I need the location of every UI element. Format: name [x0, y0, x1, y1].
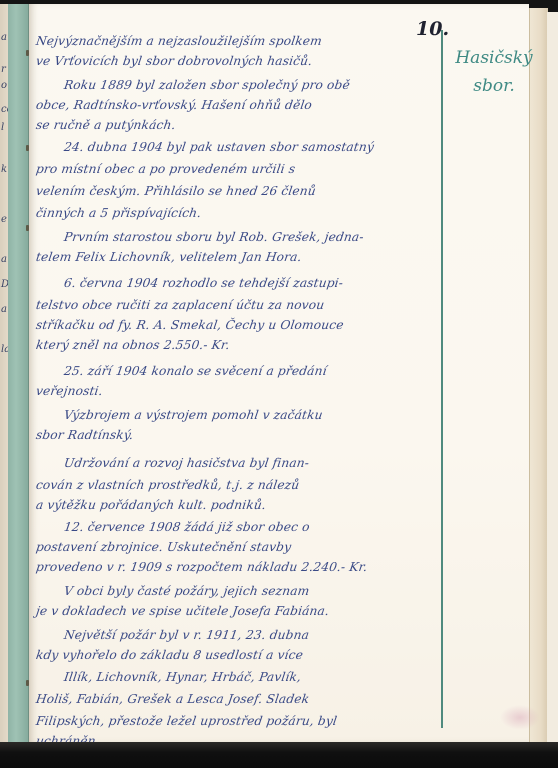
text-line: sbor Radtínský.: [35, 428, 134, 442]
text-line: Výzbrojem a výstrojem pomohl v začátku: [35, 408, 324, 422]
margin-heading-line: sbor.: [449, 72, 539, 100]
margin-rule: [441, 30, 443, 728]
text-line: velením českým. Přihlásilo se hned 26 čl…: [35, 184, 317, 198]
margin-heading: Hasičský sbor.: [449, 44, 539, 100]
prev-page-fragment: a: [1, 254, 7, 265]
prev-page-fragment: a: [1, 304, 7, 315]
prev-page-fragment: o: [1, 80, 7, 91]
prev-page-fragment: l: [1, 122, 4, 133]
text-line: Prvním starostou sboru byl Rob. Grešek, …: [35, 230, 365, 244]
text-line: veřejnosti.: [35, 384, 104, 398]
prev-page-fragment: e: [1, 214, 7, 225]
text-line: činných a 5 přispívajících.: [35, 206, 202, 220]
text-line: obce, Radtínsko-vrťovský. Hašení ohňů dě…: [35, 98, 313, 112]
text-line: provedeno v r. 1909 s rozpočtem nákladu …: [35, 560, 368, 574]
text-line: telem Felix Lichovník, velitelem Jan Hor…: [35, 250, 303, 264]
prev-page-fragment: k: [1, 164, 7, 175]
text-line: a výtěžku pořádaných kult. podniků.: [35, 498, 267, 512]
text-line: 24. dubna 1904 byl pak ustaven sbor samo…: [35, 140, 375, 154]
text-line: V obci byly časté požáry, jejich seznam: [35, 584, 310, 598]
text-line: pro místní obec a po provedeném určili s: [35, 162, 296, 176]
text-line: kdy vyhořelo do základu 8 usedlostí a ví…: [35, 648, 304, 662]
text-line: Illík, Lichovník, Hynar, Hrbáč, Pavlík,: [35, 670, 302, 684]
text-line: ve Vrťovicích byl sbor dobrovolných hasi…: [35, 54, 313, 68]
text-line: Největší požár byl v r. 1911, 23. dubna: [35, 628, 310, 642]
text-line: postavení zbrojnice. Uskutečnění stavby: [35, 540, 292, 554]
prev-page-fragment: a: [1, 32, 7, 43]
text-line: 6. června 1904 rozhodlo se tehdejší zast…: [35, 276, 344, 290]
text-line: cován z vlastních prostředků, t.j. z nál…: [35, 478, 300, 492]
text-line: Filipských, přestože ležel uprostřed pož…: [35, 714, 338, 728]
text-line: telstvo obce ručiti za zaplacení účtu za…: [35, 298, 325, 312]
text-line: Nejvýznačnějším a nejzasloužilejším spol…: [35, 34, 323, 48]
text-line: stříkačku od fy. R. A. Smekal, Čechy u O…: [35, 318, 345, 332]
text-line: je v dokladech ve spise učitele Josefa F…: [35, 604, 330, 618]
pink-stain: [500, 705, 540, 730]
page-number: 10.: [416, 18, 449, 40]
back-page-edge: [547, 12, 558, 748]
background-table: [0, 742, 558, 768]
stacked-page-edges: [529, 8, 548, 746]
prev-page-fragment: r: [1, 64, 6, 75]
text-line: 25. září 1904 konalo se svěcení a předán…: [35, 364, 328, 378]
text-line: Udržování a rozvoj hasičstva byl finan-: [35, 456, 310, 470]
text-line: 12. července 1908 žádá již sbor obec o: [35, 520, 311, 534]
green-book-spine: [8, 4, 29, 746]
text-line: Holiš, Fabián, Grešek a Lesca Josef. Sla…: [35, 692, 310, 706]
text-line: se ručně a putýnkách.: [35, 118, 177, 132]
text-line: který zněl na obnos 2.550.- Kr.: [35, 338, 231, 352]
margin-heading-line: Hasičský: [449, 44, 539, 72]
text-line: Roku 1889 byl založen sbor společný pro …: [35, 78, 351, 92]
